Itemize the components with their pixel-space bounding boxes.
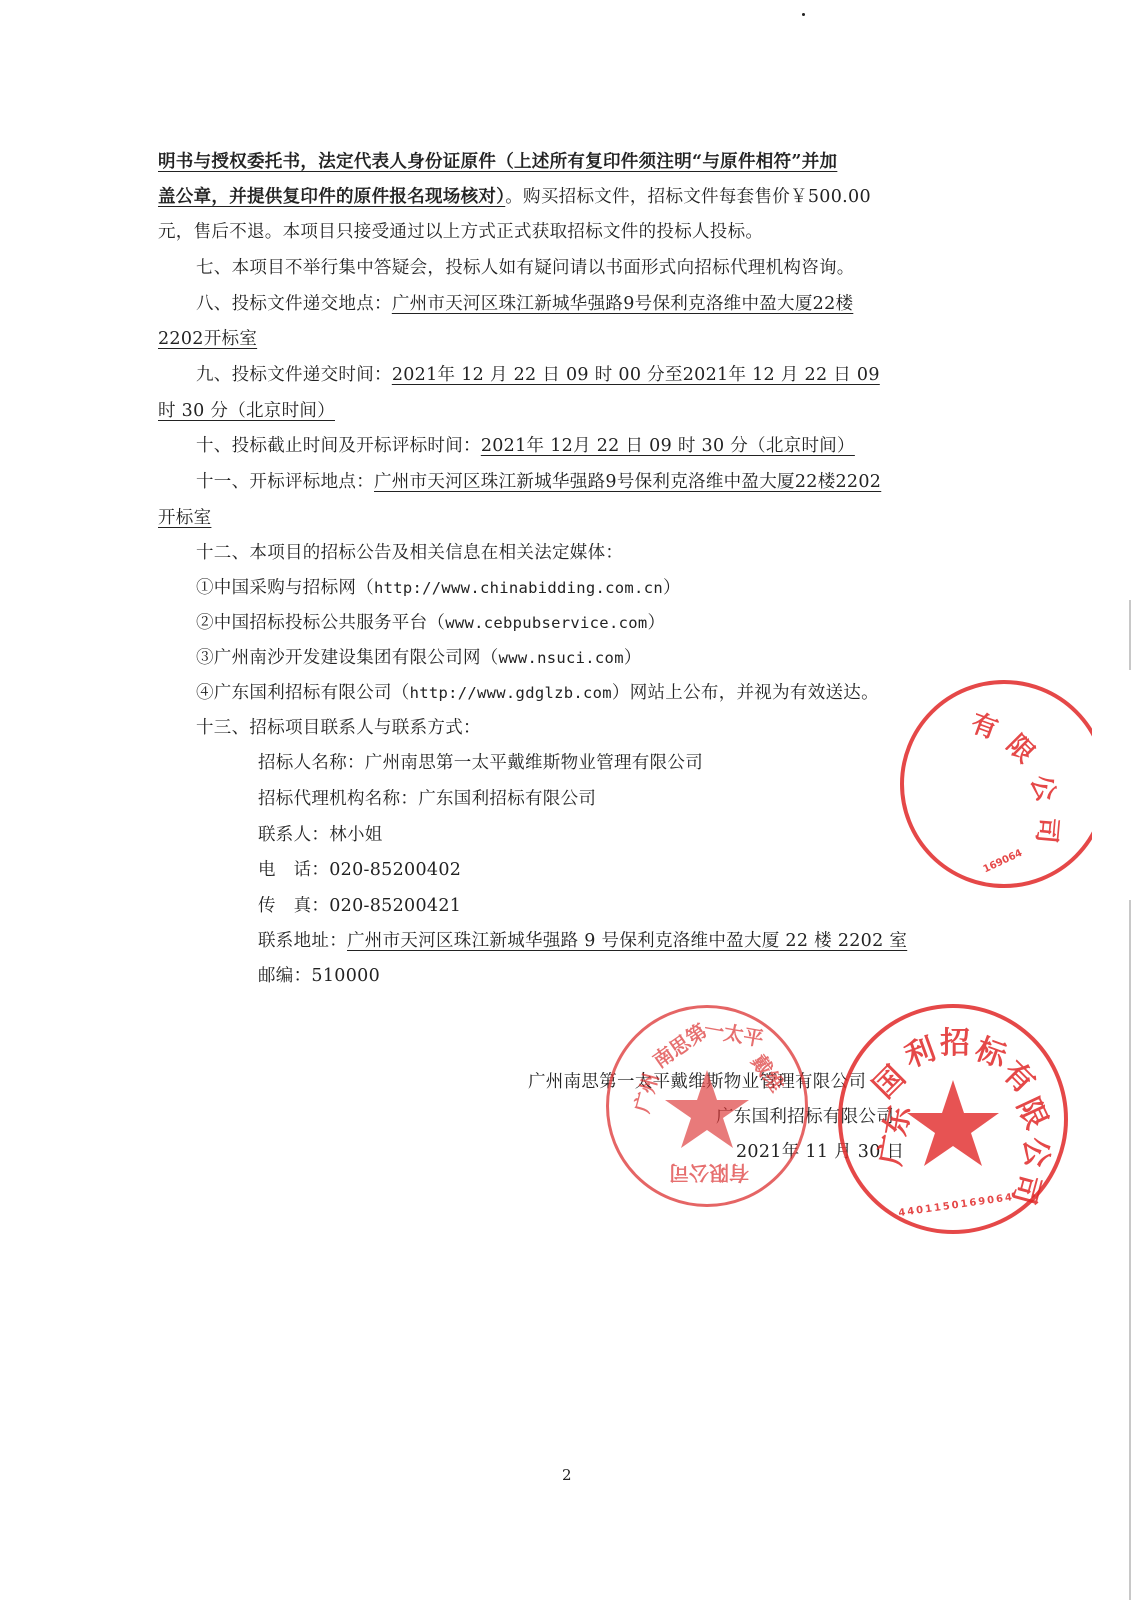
section-11: 十一、开标评标地点：广州市天河区珠江新城华强路9号保利克洛维中盈大厦22楼220… <box>196 471 881 493</box>
submission-location-cont: 2202开标室 <box>158 328 257 350</box>
media-item: ③广州南沙开发建设集团有限公司网（www.nsuci.com） <box>196 647 642 669</box>
media-item: ①中国采购与招标网（http://www.chinabidding.com.cn… <box>196 577 681 599</box>
media-name: ④广东国利招标有限公司（ <box>196 683 410 703</box>
agency-name: 招标代理机构名称：广东国利招标有限公司 <box>258 788 596 810</box>
fax: 传 真：020-85200421 <box>258 895 461 917</box>
deadline-time: 2021年 12月 22 日 09 时 30 分（北京时间） <box>481 436 855 456</box>
media-url[interactable]: www.cebpubservice.com <box>445 614 647 632</box>
scan-speck <box>802 13 805 16</box>
media-item: ②中国招标投标公共服务平台（www.cebpubservice.com） <box>196 612 665 634</box>
media-tail: ） <box>624 648 642 668</box>
media-name: ①中国采购与招标网（ <box>196 578 374 598</box>
media-url[interactable]: http://www.chinabidding.com.cn <box>374 579 663 597</box>
media-tail: ）网站上公布，并视为有效送达。 <box>612 683 879 703</box>
section-7: 七、本项目不举行集中答疑会，投标人如有疑问请以书面形式向招标代理机构咨询。 <box>196 257 855 279</box>
address: 联系地址：广州市天河区珠江新城华强路 9 号保利克洛维中盈大厦 22 楼 220… <box>258 930 907 952</box>
section-label: 八、投标文件递交地点： <box>196 294 392 314</box>
opening-location-cont: 开标室 <box>158 507 211 529</box>
contact-person: 联系人：林小姐 <box>258 824 383 846</box>
section-label: 十、投标截止时间及开标评标时间： <box>196 436 481 456</box>
section-10: 十、投标截止时间及开标评标时间：2021年 12月 22 日 09 时 30 分… <box>196 435 855 457</box>
company-seal-partial: 有 限 公 司 169064 <box>900 680 1108 888</box>
media-name: ②中国招标投标公共服务平台（ <box>196 613 445 633</box>
page-number: 2 <box>562 1466 572 1484</box>
submission-time-cont: 时 30 分（北京时间） <box>158 400 335 422</box>
media-tail: ） <box>647 613 665 633</box>
underlined-text: 盖公章，并提供复印件的原件报名现场核对） <box>158 187 505 207</box>
section-label: 十一、开标评标地点： <box>196 472 374 492</box>
media-url[interactable]: http://www.gdglzb.com <box>410 684 612 702</box>
address-label: 联系地址： <box>258 931 347 951</box>
price-text: 。购买招标文件，招标文件每套售价￥500.00 <box>505 187 871 207</box>
signature-org-1: 广州南思第一太平戴维斯物业管理有限公司 <box>528 1068 866 1093</box>
section-label: 九、投标文件递交时间： <box>196 365 392 385</box>
media-item: ④广东国利招标有限公司（http://www.gdglzb.com）网站上公布，… <box>196 682 879 704</box>
paragraph-line: 元，售后不退。本项目只接受通过以上方式正式获取招标文件的投标人投标。 <box>158 221 763 243</box>
phone: 电 话：020-85200402 <box>258 859 461 881</box>
section-8: 八、投标文件递交地点：广州市天河区珠江新城华强路9号保利克洛维中盈大厦22楼 <box>196 293 853 315</box>
section-13: 十三、招标项目联系人与联系方式： <box>196 717 481 739</box>
media-url[interactable]: www.nsuci.com <box>499 649 624 667</box>
section-9: 九、投标文件递交时间：2021年 12 月 22 日 09 时 00 分至202… <box>196 364 880 386</box>
paragraph-line: 明书与授权委托书，法定代表人身份证原件（上述所有复印件须注明“与原件相符”并加 <box>158 151 837 173</box>
media-name: ③广州南沙开发建设集团有限公司网（ <box>196 648 499 668</box>
signature-date: 2021年 11 月 30 日 <box>736 1138 904 1163</box>
stamp-code: 4401150169064 <box>898 1192 1015 1219</box>
submission-time: 2021年 12 月 22 日 09 时 00 分至2021年 12 月 22 … <box>392 365 880 385</box>
tenderer-name: 招标人名称：广州南思第一太平戴维斯物业管理有限公司 <box>258 752 703 774</box>
media-tail: ） <box>663 578 681 598</box>
postcode: 邮编：510000 <box>258 965 380 987</box>
page-clip <box>1092 670 1131 900</box>
paragraph-line: 盖公章，并提供复印件的原件报名现场核对）。购买招标文件，招标文件每套售价￥500… <box>158 186 871 208</box>
signature-org-2: 广东国利招标有限公司 <box>716 1103 894 1128</box>
submission-location: 广州市天河区珠江新城华强路9号保利克洛维中盈大厦22楼 <box>392 294 854 314</box>
address-value: 广州市天河区珠江新城华强路 9 号保利克洛维中盈大厦 22 楼 2202 室 <box>347 931 907 951</box>
section-12: 十二、本项目的招标公告及相关信息在相关法定媒体： <box>196 542 623 564</box>
opening-location: 广州市天河区珠江新城华强路9号保利克洛维中盈大厦22楼2202 <box>374 472 881 492</box>
stamp-code: 169064 <box>982 848 1024 876</box>
